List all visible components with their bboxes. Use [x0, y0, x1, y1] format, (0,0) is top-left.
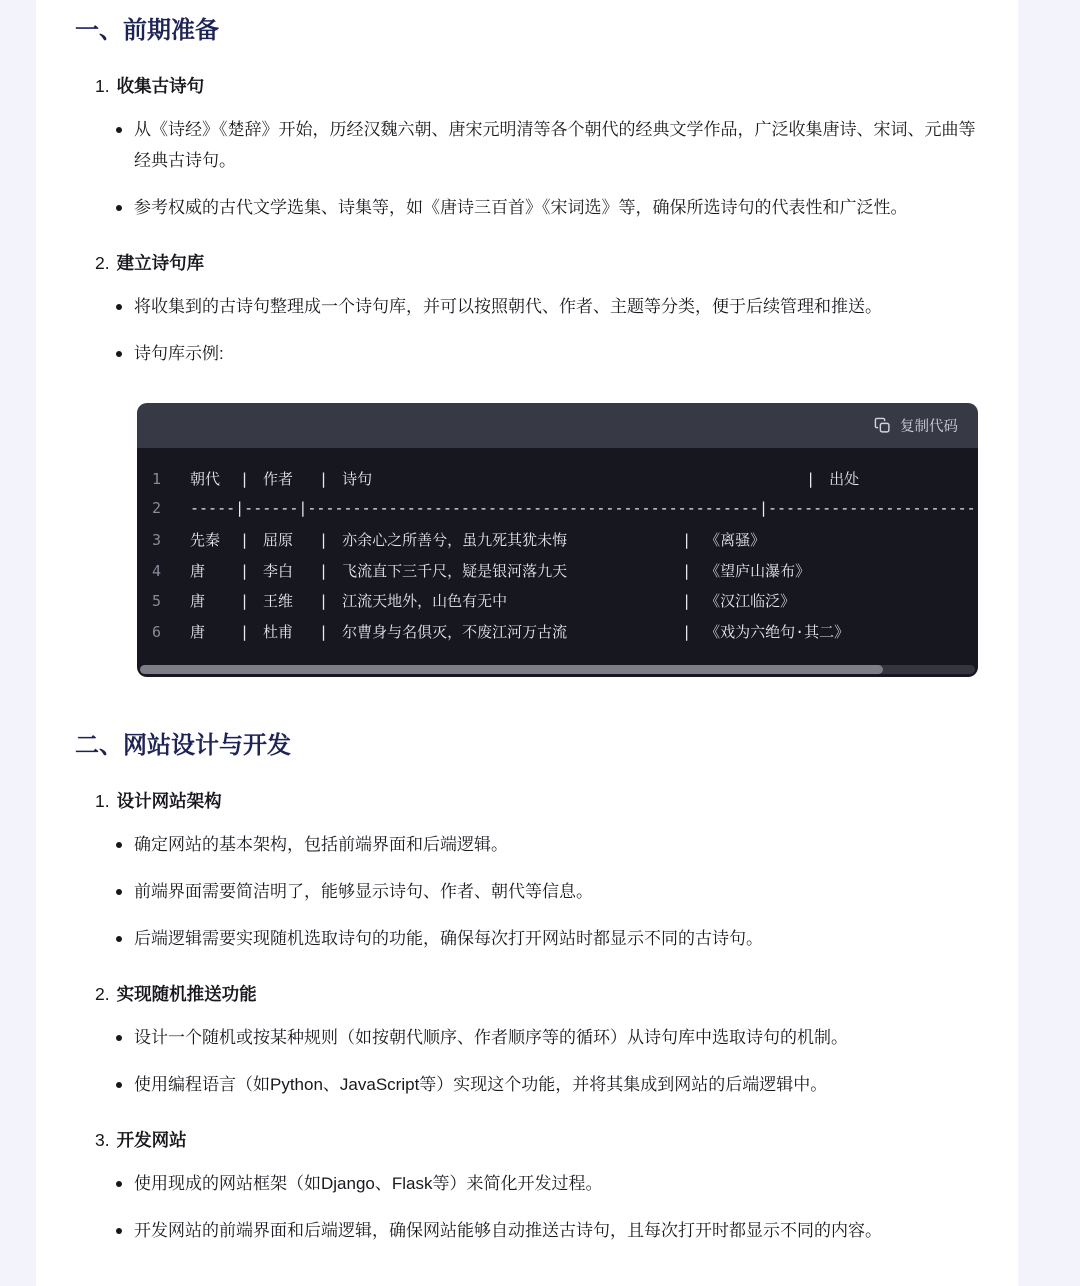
code-cell-dynasty: 先秦 [190, 529, 240, 550]
code-cell-dynasty: 唐 [190, 560, 240, 581]
copy-icon [874, 417, 891, 434]
bullet-icon [116, 936, 122, 942]
code-cell-verse: 尔曹身与名俱灭，不废江河万古流 [342, 621, 682, 642]
bullet-item: 诗句库示例: [75, 338, 978, 369]
code-cell-verse: 江流天地外，山色有无中 [342, 590, 682, 611]
list-item-2-2: 2.实现随机推送功能 [95, 982, 978, 1006]
pipe-separator: | [682, 592, 691, 610]
line-number: 5 [152, 592, 172, 610]
bullet-icon [116, 351, 122, 357]
code-cell-source: 《戏为六绝句·其二》 [705, 621, 849, 642]
bullet-item: 确定网站的基本架构，包括前端界面和后端逻辑。 [75, 829, 978, 860]
code-line: 5 唐 | 王维 | 江流天地外，山色有无中 | 《汉江临泛》 [152, 590, 978, 621]
code-cell-source: 《汉江临泛》 [705, 590, 795, 611]
bullet-item: 开发网站的前端界面和后端逻辑，确保网站能够自动推送古诗句，且每次打开时都显示不同… [75, 1215, 978, 1246]
code-cell-verse: 亦余心之所善兮，虽九死其犹未悔 [342, 529, 682, 550]
bullet-text: 后端逻辑需要实现随机选取诗句的功能，确保每次打开网站时都显示不同的古诗句。 [134, 923, 978, 954]
code-cell-author: 王维 [263, 590, 319, 611]
bullet-item: 将收集到的古诗句整理成一个诗句库，并可以按照朝代、作者、主题等分类，便于后续管理… [75, 291, 978, 322]
code-block-header: 复制代码 [137, 403, 978, 448]
bullet-text: 开发网站的前端界面和后端逻辑，确保网站能够自动推送古诗句，且每次打开时都显示不同… [134, 1215, 978, 1246]
bullet-text: 确定网站的基本架构，包括前端界面和后端逻辑。 [134, 829, 978, 860]
code-cell-source: 出处 [829, 468, 859, 489]
bullet-item: 参考权威的古代文学选集、诗集等，如《唐诗三百首》《宋词选》等，确保所选诗句的代表… [75, 192, 978, 223]
bullet-icon [116, 127, 122, 133]
bullet-icon [116, 1228, 122, 1234]
bullet-icon [116, 1082, 122, 1088]
bullet-group: 设计一个随机或按某种规则（如按朝代顺序、作者顺序等的循环）从诗句库中选取诗句的机… [75, 1022, 978, 1100]
bullet-icon [116, 1035, 122, 1041]
copy-code-label: 复制代码 [900, 415, 958, 436]
bullet-text: 将收集到的古诗句整理成一个诗句库，并可以按照朝代、作者、主题等分类，便于后续管理… [134, 291, 978, 322]
bullet-text: 参考权威的古代文学选集、诗集等，如《唐诗三百首》《宋词选》等，确保所选诗句的代表… [134, 192, 978, 223]
line-number: 3 [152, 531, 172, 549]
horizontal-scrollbar [140, 665, 975, 674]
code-block: 复制代码 1 朝代 | 作者 | 诗句 | 出处 2 -----|------|… [137, 403, 978, 677]
bullet-icon [116, 842, 122, 848]
list-item-number: 2. [95, 984, 110, 1004]
bullet-item: 使用编程语言（如Python、JavaScript等）实现这个功能，并将其集成到… [75, 1069, 978, 1100]
bullet-group: 使用现成的网站框架（如Django、Flask等）来简化开发过程。 开发网站的前… [75, 1168, 978, 1246]
bullet-text: 设计一个随机或按某种规则（如按朝代顺序、作者顺序等的循环）从诗句库中选取诗句的机… [134, 1022, 978, 1053]
bullet-text: 前端界面需要简洁明了，能够显示诗句、作者、朝代等信息。 [134, 876, 978, 907]
list-item-title: 设计网站架构 [117, 791, 222, 811]
code-body: 1 朝代 | 作者 | 诗句 | 出处 2 -----|------|-----… [137, 448, 978, 677]
list-item-number: 1. [95, 791, 110, 811]
line-number: 1 [152, 470, 172, 488]
document-page: 一、前期准备 1.收集古诗句 从《诗经》《楚辞》开始，历经汉魏六朝、唐宋元明清等… [36, 0, 1018, 1286]
bullet-item: 前端界面需要简洁明了，能够显示诗句、作者、朝代等信息。 [75, 876, 978, 907]
pipe-separator: | [319, 470, 328, 488]
line-number: 6 [152, 623, 172, 641]
list-item-number: 3. [95, 1130, 110, 1150]
section-heading-1: 一、前期准备 [75, 16, 978, 46]
horizontal-scrollbar-thumb[interactable] [140, 665, 883, 674]
pipe-separator: | [240, 592, 249, 610]
code-cell-dynasty: 朝代 [190, 468, 240, 489]
code-cell-verse: 诗句 [342, 468, 806, 489]
list-item-1-1: 1.收集古诗句 [95, 74, 978, 98]
bullet-icon [116, 205, 122, 211]
line-number: 4 [152, 562, 172, 580]
bullet-text: 使用现成的网站框架（如Django、Flask等）来简化开发过程。 [134, 1168, 978, 1199]
list-item-title: 实现随机推送功能 [117, 984, 257, 1004]
list-item-title: 收集古诗句 [117, 76, 205, 96]
code-cell-author: 作者 [263, 468, 319, 489]
code-line: 4 唐 | 李白 | 飞流直下三千尺，疑是银河落九天 | 《望庐山瀑布》 [152, 560, 978, 591]
code-cell-verse: 飞流直下三千尺，疑是银河落九天 [342, 560, 682, 581]
bullet-text: 使用编程语言（如Python、JavaScript等）实现这个功能，并将其集成到… [134, 1069, 978, 1100]
document-content: 一、前期准备 1.收集古诗句 从《诗经》《楚辞》开始，历经汉魏六朝、唐宋元明清等… [36, 0, 1018, 1286]
pipe-separator: | [240, 562, 249, 580]
list-item-1-2: 2.建立诗句库 [95, 251, 978, 275]
code-cell-dynasty: 唐 [190, 621, 240, 642]
line-number: 2 [152, 499, 172, 517]
pipe-separator: | [682, 562, 691, 580]
pipe-separator: | [319, 562, 328, 580]
pipe-separator: | [240, 470, 249, 488]
bullet-text: 从《诗经》《楚辞》开始，历经汉魏六朝、唐宋元明清等各个朝代的经典文学作品，广泛收… [134, 114, 978, 176]
code-cell-dynasty: 唐 [190, 590, 240, 611]
list-item-title: 建立诗句库 [117, 253, 205, 273]
list-item-title: 开发网站 [117, 1130, 187, 1150]
bullet-item: 设计一个随机或按某种规则（如按朝代顺序、作者顺序等的循环）从诗句库中选取诗句的机… [75, 1022, 978, 1053]
code-line: 6 唐 | 杜甫 | 尔曹身与名俱灭，不废江河万古流 | 《戏为六绝句·其二》 [152, 621, 978, 652]
bullet-item: 使用现成的网站框架（如Django、Flask等）来简化开发过程。 [75, 1168, 978, 1199]
code-cell-author: 李白 [263, 560, 319, 581]
pipe-separator: | [240, 531, 249, 549]
code-line-separator: 2 -----|------|-------------------------… [152, 499, 978, 530]
code-line: 3 先秦 | 屈原 | 亦余心之所善兮，虽九死其犹未悔 | 《离骚》 [152, 529, 978, 560]
pipe-separator: | [682, 623, 691, 641]
copy-code-button[interactable]: 复制代码 [874, 415, 958, 436]
list-item-number: 2. [95, 253, 110, 273]
bullet-icon [116, 889, 122, 895]
list-item-2-1: 1.设计网站架构 [95, 789, 978, 813]
code-cell-author: 杜甫 [263, 621, 319, 642]
pipe-separator: | [682, 531, 691, 549]
pipe-separator: | [240, 623, 249, 641]
bullet-group: 确定网站的基本架构，包括前端界面和后端逻辑。 前端界面需要简洁明了，能够显示诗句… [75, 829, 978, 954]
list-item-2-3: 3.开发网站 [95, 1128, 978, 1152]
code-cell-author: 屈原 [263, 529, 319, 550]
pipe-separator: | [806, 470, 815, 488]
bullet-item: 后端逻辑需要实现随机选取诗句的功能，确保每次打开网站时都显示不同的古诗句。 [75, 923, 978, 954]
bullet-group: 将收集到的古诗句整理成一个诗句库，并可以按照朝代、作者、主题等分类，便于后续管理… [75, 291, 978, 369]
bullet-group: 从《诗经》《楚辞》开始，历经汉魏六朝、唐宋元明清等各个朝代的经典文学作品，广泛收… [75, 114, 978, 223]
code-cell-source: 《离骚》 [705, 529, 765, 550]
pipe-separator: | [319, 592, 328, 610]
bullet-icon [116, 1181, 122, 1187]
pipe-separator: | [319, 531, 328, 549]
bullet-text: 诗句库示例: [134, 338, 978, 369]
code-line: 1 朝代 | 作者 | 诗句 | 出处 [152, 468, 978, 499]
separator-dashes: -----|------|---------------------------… [190, 499, 978, 517]
section-heading-2: 二、网站设计与开发 [75, 731, 978, 761]
pipe-separator: | [319, 623, 328, 641]
list-item-number: 1. [95, 76, 110, 96]
bullet-icon [116, 304, 122, 310]
bullet-item: 从《诗经》《楚辞》开始，历经汉魏六朝、唐宋元明清等各个朝代的经典文学作品，广泛收… [75, 114, 978, 176]
code-cell-source: 《望庐山瀑布》 [705, 560, 810, 581]
